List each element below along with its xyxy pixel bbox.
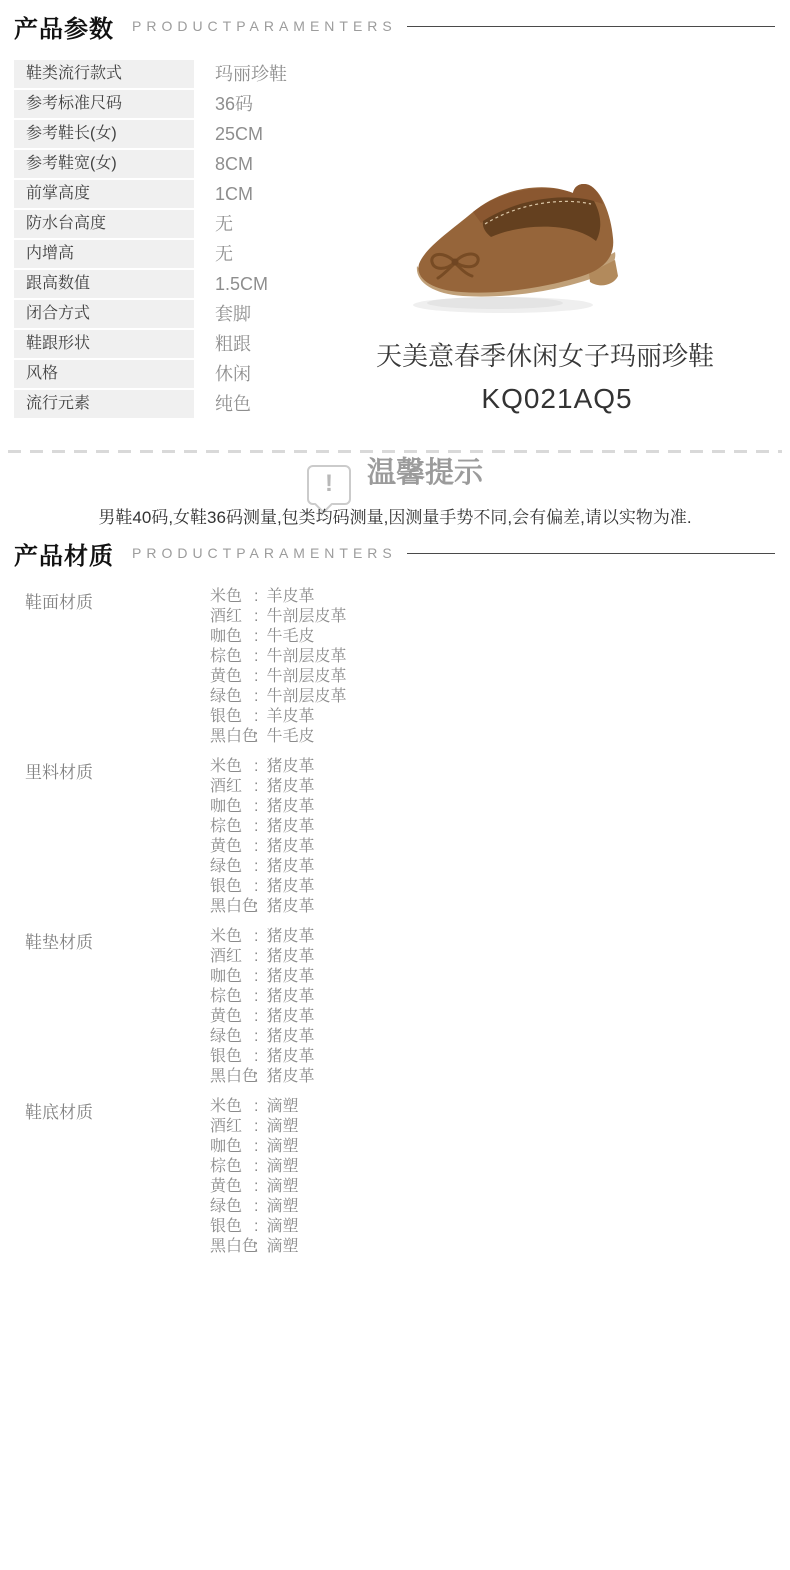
material-color-name: 黑白色 <box>210 1067 254 1087</box>
colon-separator: : <box>254 798 258 815</box>
table-row: 参考标准尺码 36码 <box>14 90 400 118</box>
table-row: 防水台高度 无 <box>14 210 400 238</box>
material-value: 牛毛皮 <box>266 628 314 645</box>
material-color-name: 黑白色 <box>210 1237 254 1257</box>
material-value: 猪皮革 <box>266 878 314 895</box>
material-line: 酒红:猪皮革 <box>210 947 790 967</box>
param-value: 1CM <box>215 180 253 208</box>
colon-separator: : <box>254 878 258 895</box>
colon-separator: : <box>254 1068 258 1085</box>
colon-separator: : <box>254 1138 258 1155</box>
material-value: 猪皮革 <box>266 1028 314 1045</box>
notice-text: 男鞋40码,女鞋36码测量,包类均码测量,因测量手势不同,会有偏差,请以实物为准… <box>0 503 790 528</box>
material-group-label: 鞋底材质 <box>25 1098 93 1123</box>
material-color-name: 黑白色 <box>210 727 254 747</box>
material-value: 牛剖层皮革 <box>266 668 346 685</box>
param-value: 1.5CM <box>215 270 268 298</box>
material-color-name: 咖色 <box>210 797 254 817</box>
colon-separator: : <box>254 1178 258 1195</box>
colon-separator: : <box>254 608 258 625</box>
material-value: 滴塑 <box>266 1198 298 1215</box>
param-label: 内增高 <box>14 240 194 268</box>
material-line: 咖色:猪皮革 <box>210 797 790 817</box>
colon-separator: : <box>254 1238 258 1255</box>
material-color-name: 黄色 <box>210 1177 254 1197</box>
material-color-name: 银色 <box>210 877 254 897</box>
material-value: 羊皮革 <box>266 588 314 605</box>
material-value: 滴塑 <box>266 1118 298 1135</box>
material-value: 滴塑 <box>266 1098 298 1115</box>
section-subtitle: PRODUCTPARAMENTERS <box>132 545 397 561</box>
material-color-name: 咖色 <box>210 1137 254 1157</box>
param-value: 休闲 <box>215 360 251 388</box>
material-group-label: 鞋面材质 <box>25 588 93 613</box>
param-value: 36码 <box>215 90 253 118</box>
material-value: 滴塑 <box>266 1218 298 1235</box>
material-color-name: 绿色 <box>210 1027 254 1047</box>
colon-separator: : <box>254 1158 258 1175</box>
material-value: 牛毛皮 <box>266 728 314 745</box>
material-value: 牛剖层皮革 <box>266 648 346 665</box>
param-value: 无 <box>215 240 233 268</box>
material-line: 棕色:牛剖层皮革 <box>210 647 790 667</box>
material-color-name: 棕色 <box>210 987 254 1007</box>
param-value: 套脚 <box>215 300 251 328</box>
param-label: 前掌高度 <box>14 180 194 208</box>
material-line: 银色:滴塑 <box>210 1217 790 1237</box>
product-model-code: KQ021AQ5 <box>387 383 727 415</box>
notice-header: ! 温馨提示 <box>0 452 790 505</box>
material-value: 羊皮革 <box>266 708 314 725</box>
material-line: 咖色:牛毛皮 <box>210 627 790 647</box>
material-line: 绿色:牛剖层皮革 <box>210 687 790 707</box>
material-value: 滴塑 <box>266 1178 298 1195</box>
material-color-name: 棕色 <box>210 1157 254 1177</box>
material-color-name: 酒红 <box>210 607 254 627</box>
material-line: 黄色:滴塑 <box>210 1177 790 1197</box>
material-line: 酒红:猪皮革 <box>210 777 790 797</box>
colon-separator: : <box>254 818 258 835</box>
colon-separator: : <box>254 948 258 965</box>
material-color-name: 银色 <box>210 1217 254 1237</box>
material-group-label: 鞋垫材质 <box>25 928 93 953</box>
colon-separator: : <box>254 1008 258 1025</box>
material-group: 鞋面材质 米色:羊皮革 酒红:牛剖层皮革 咖色:牛毛皮 棕色:牛剖层皮革 黄色:… <box>0 587 790 747</box>
material-color-name: 米色 <box>210 927 254 947</box>
param-value: 8CM <box>215 150 253 178</box>
param-label: 参考鞋长(女) <box>14 120 194 148</box>
material-group: 鞋底材质 米色:滴塑 酒红:滴塑 咖色:滴塑 棕色:滴塑 黄色:滴塑 绿色:滴塑 <box>0 1097 790 1257</box>
param-value: 纯色 <box>215 390 251 418</box>
material-color-name: 米色 <box>210 1097 254 1117</box>
material-value: 滴塑 <box>266 1158 298 1175</box>
material-value: 猪皮革 <box>266 988 314 1005</box>
material-group: 鞋垫材质 米色:猪皮革 酒红:猪皮革 咖色:猪皮革 棕色:猪皮革 黄色:猪皮革 … <box>0 927 790 1087</box>
param-label: 防水台高度 <box>14 210 194 238</box>
material-value: 猪皮革 <box>266 798 314 815</box>
colon-separator: : <box>254 588 258 605</box>
param-label: 鞋跟形状 <box>14 330 194 358</box>
section-title: 产品参数 <box>14 9 114 44</box>
material-value: 猪皮革 <box>266 858 314 875</box>
material-line: 银色:羊皮革 <box>210 707 790 727</box>
colon-separator: : <box>254 1028 258 1045</box>
section-header-parameters: 产品参数 PRODUCTPARAMENTERS <box>14 6 775 46</box>
material-line: 酒红:滴塑 <box>210 1117 790 1137</box>
material-line: 绿色:滴塑 <box>210 1197 790 1217</box>
material-value: 猪皮革 <box>266 778 314 795</box>
material-color-name: 黄色 <box>210 837 254 857</box>
material-line: 绿色:猪皮革 <box>210 857 790 877</box>
material-value: 猪皮革 <box>266 928 314 945</box>
material-color-name: 咖色 <box>210 627 254 647</box>
material-lines: 米色:羊皮革 酒红:牛剖层皮革 咖色:牛毛皮 棕色:牛剖层皮革 黄色:牛剖层皮革… <box>210 587 790 747</box>
colon-separator: : <box>254 928 258 945</box>
exclamation-bubble-icon: ! <box>307 465 351 505</box>
material-line: 银色:猪皮革 <box>210 1047 790 1067</box>
table-row: 风格 休闲 <box>14 360 400 388</box>
material-value: 猪皮革 <box>266 1008 314 1025</box>
material-line: 黑白色:猪皮革 <box>210 1067 790 1087</box>
material-color-name: 银色 <box>210 1047 254 1067</box>
colon-separator: : <box>254 758 258 775</box>
param-label: 流行元素 <box>14 390 194 418</box>
material-color-name: 米色 <box>210 757 254 777</box>
notice-title: 温馨提示 <box>367 452 483 494</box>
table-row: 前掌高度 1CM <box>14 180 400 208</box>
material-line: 黑白色:滴塑 <box>210 1237 790 1257</box>
product-parameters-table: 鞋类流行款式 玛丽珍鞋 参考标准尺码 36码 参考鞋长(女) 25CM 参考鞋宽… <box>14 60 400 420</box>
param-label: 风格 <box>14 360 194 388</box>
material-lines: 米色:猪皮革 酒红:猪皮革 咖色:猪皮革 棕色:猪皮革 黄色:猪皮革 绿色:猪皮… <box>210 927 790 1087</box>
material-color-name: 绿色 <box>210 687 254 707</box>
param-label: 参考鞋宽(女) <box>14 150 194 178</box>
header-rule <box>407 553 775 554</box>
material-color-name: 酒红 <box>210 1117 254 1137</box>
colon-separator: : <box>254 858 258 875</box>
material-color-name: 黄色 <box>210 667 254 687</box>
colon-separator: : <box>254 1048 258 1065</box>
param-label: 闭合方式 <box>14 300 194 328</box>
colon-separator: : <box>254 688 258 705</box>
material-lines: 米色:滴塑 酒红:滴塑 咖色:滴塑 棕色:滴塑 黄色:滴塑 绿色:滴塑 银色:滴… <box>210 1097 790 1257</box>
material-line: 米色:猪皮革 <box>210 927 790 947</box>
material-lines: 米色:猪皮革 酒红:猪皮革 咖色:猪皮革 棕色:猪皮革 黄色:猪皮革 绿色:猪皮… <box>210 757 790 917</box>
material-color-name: 酒红 <box>210 777 254 797</box>
material-line: 咖色:滴塑 <box>210 1137 790 1157</box>
material-line: 米色:滴塑 <box>210 1097 790 1117</box>
colon-separator: : <box>254 988 258 1005</box>
material-color-name: 酒红 <box>210 947 254 967</box>
material-color-name: 米色 <box>210 587 254 607</box>
table-row: 内增高 无 <box>14 240 400 268</box>
materials-list: 鞋面材质 米色:羊皮革 酒红:牛剖层皮革 咖色:牛毛皮 棕色:牛剖层皮革 黄色:… <box>0 587 790 1267</box>
section-subtitle: PRODUCTPARAMENTERS <box>132 18 397 34</box>
colon-separator: : <box>254 898 258 915</box>
material-value: 牛剖层皮革 <box>266 608 346 625</box>
material-color-name: 黑白色 <box>210 897 254 917</box>
colon-separator: : <box>254 668 258 685</box>
material-line: 黑白色:牛毛皮 <box>210 727 790 747</box>
material-color-name: 棕色 <box>210 647 254 667</box>
product-image <box>403 170 633 320</box>
table-row: 鞋类流行款式 玛丽珍鞋 <box>14 60 400 88</box>
material-color-name: 绿色 <box>210 857 254 877</box>
table-row: 参考鞋长(女) 25CM <box>14 120 400 148</box>
product-title: 天美意春季休闲女子玛丽珍鞋 <box>363 336 727 373</box>
material-line: 咖色:猪皮革 <box>210 967 790 987</box>
material-line: 棕色:滴塑 <box>210 1157 790 1177</box>
material-line: 绿色:猪皮革 <box>210 1027 790 1047</box>
table-row: 参考鞋宽(女) 8CM <box>14 150 400 178</box>
material-value: 牛剖层皮革 <box>266 688 346 705</box>
material-line: 黑白色:猪皮革 <box>210 897 790 917</box>
product-visual: 天美意春季休闲女子玛丽珍鞋 KQ021AQ5 <box>387 160 727 415</box>
material-value: 猪皮革 <box>266 968 314 985</box>
section-header-materials: 产品材质 PRODUCTPARAMENTERS <box>14 533 775 573</box>
material-line: 银色:猪皮革 <box>210 877 790 897</box>
material-value: 猪皮革 <box>266 1068 314 1085</box>
colon-separator: : <box>254 708 258 725</box>
material-line: 米色:羊皮革 <box>210 587 790 607</box>
material-value: 猪皮革 <box>266 838 314 855</box>
material-group-label: 里料材质 <box>25 758 93 783</box>
param-value: 粗跟 <box>215 330 251 358</box>
colon-separator: : <box>254 778 258 795</box>
param-value: 无 <box>215 210 233 238</box>
material-color-name: 绿色 <box>210 1197 254 1217</box>
material-value: 猪皮革 <box>266 1048 314 1065</box>
material-value: 滴塑 <box>266 1238 298 1255</box>
table-row: 跟高数值 1.5CM <box>14 270 400 298</box>
param-label: 鞋类流行款式 <box>14 60 194 88</box>
header-rule <box>407 26 775 27</box>
colon-separator: : <box>254 648 258 665</box>
table-row: 鞋跟形状 粗跟 <box>14 330 400 358</box>
material-value: 滴塑 <box>266 1138 298 1155</box>
material-line: 酒红:牛剖层皮革 <box>210 607 790 627</box>
material-line: 黄色:猪皮革 <box>210 1007 790 1027</box>
colon-separator: : <box>254 968 258 985</box>
material-color-name: 银色 <box>210 707 254 727</box>
colon-separator: : <box>254 1198 258 1215</box>
material-group: 里料材质 米色:猪皮革 酒红:猪皮革 咖色:猪皮革 棕色:猪皮革 黄色:猪皮革 … <box>0 757 790 917</box>
section-title: 产品材质 <box>14 536 114 571</box>
material-color-name: 黄色 <box>210 1007 254 1027</box>
param-label: 参考标准尺码 <box>14 90 194 118</box>
material-line: 米色:猪皮革 <box>210 757 790 777</box>
material-value: 猪皮革 <box>266 818 314 835</box>
material-value: 猪皮革 <box>266 948 314 965</box>
colon-separator: : <box>254 1098 258 1115</box>
colon-separator: : <box>254 838 258 855</box>
param-value: 玛丽珍鞋 <box>215 60 287 88</box>
material-line: 黄色:牛剖层皮革 <box>210 667 790 687</box>
material-line: 黄色:猪皮革 <box>210 837 790 857</box>
colon-separator: : <box>254 1118 258 1135</box>
param-label: 跟高数值 <box>14 270 194 298</box>
table-row: 流行元素 纯色 <box>14 390 400 418</box>
material-color-name: 咖色 <box>210 967 254 987</box>
colon-separator: : <box>254 628 258 645</box>
colon-separator: : <box>254 1218 258 1235</box>
material-color-name: 棕色 <box>210 817 254 837</box>
material-line: 棕色:猪皮革 <box>210 817 790 837</box>
material-value: 猪皮革 <box>266 758 314 775</box>
material-value: 猪皮革 <box>266 898 314 915</box>
material-line: 棕色:猪皮革 <box>210 987 790 1007</box>
table-row: 闭合方式 套脚 <box>14 300 400 328</box>
colon-separator: : <box>254 728 258 745</box>
param-value: 25CM <box>215 120 263 148</box>
